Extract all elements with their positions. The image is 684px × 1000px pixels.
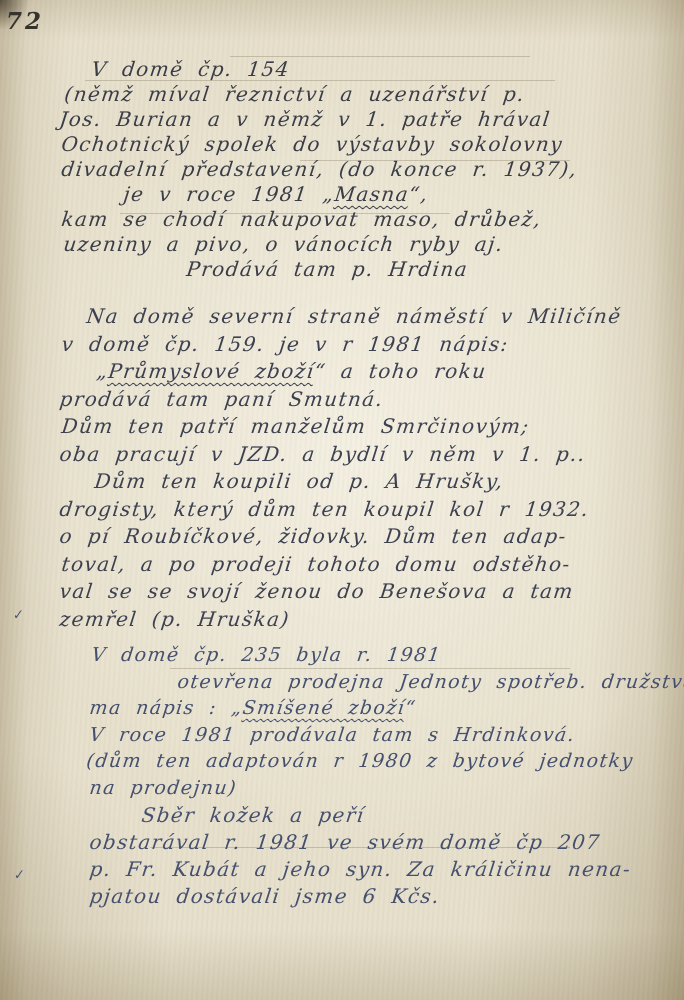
text-line: Dům ten patří manželům Smrčinovým; bbox=[60, 413, 623, 441]
text-line: je v roce 1981 „Masna“, bbox=[122, 182, 579, 207]
text-segment: “, bbox=[408, 182, 430, 206]
text-line: (němž míval řeznictví a uzenářství p. bbox=[63, 82, 579, 107]
text-segment: “ a toho roku bbox=[313, 359, 488, 383]
text-line: zemřel (p. Hruška) bbox=[58, 606, 623, 634]
page-number: 72 bbox=[6, 8, 44, 35]
text-line: V roce 1981 prodávala tam s Hrdinková. bbox=[88, 722, 684, 749]
text-line: Sběr kožek a peří bbox=[140, 802, 633, 829]
margin-checkmark: ✓ bbox=[14, 867, 25, 884]
text-line: uzeniny a pivo, o vánocích ryby aj. bbox=[62, 232, 579, 257]
text-line: otevřena prodejna Jednoty spotřeb. družs… bbox=[176, 669, 684, 696]
shop-name-masna: Masna bbox=[333, 182, 410, 206]
text-segment: “ bbox=[404, 697, 418, 719]
text-line: divadelní představení, (do konce r. 1937… bbox=[60, 157, 579, 182]
text-line: pjatou dostávali jsme 6 Kčs. bbox=[88, 883, 633, 910]
text-line: Prodává tam p. Hrdina bbox=[185, 257, 579, 282]
section-house-235: V domě čp. 235 byla r. 1981 otevřena pro… bbox=[88, 642, 684, 801]
text-line: p. Fr. Kubát a jeho syn. Za králičinu ne… bbox=[88, 856, 633, 883]
text-line: Ochotnický spolek do výstavby sokolovny bbox=[60, 132, 579, 157]
shop-name-prumyslove-zbozi: Průmyslové zboží bbox=[107, 359, 316, 383]
manuscript-page: 72 V domě čp. 154 (němž míval řeznictví … bbox=[0, 0, 684, 1000]
text-line: v domě čp. 159. je v r 1981 nápis: bbox=[60, 331, 623, 359]
text-line: (dům ten adaptován r 1980 z bytové jedno… bbox=[85, 748, 684, 775]
shop-name-smisene-zbozi: Smíšené zboží bbox=[241, 697, 406, 719]
text-line: V domě čp. 154 bbox=[90, 57, 579, 82]
text-line: Jos. Burian a v němž v 1. patře hrával bbox=[58, 107, 579, 132]
section-house-159: Na domě severní straně náměstí v Miličín… bbox=[58, 303, 620, 633]
text-segment: je v roce 1981 „ bbox=[122, 182, 336, 206]
text-line: o pí Roubíčkové, židovky. Dům ten adap- bbox=[58, 523, 623, 551]
text-line: obstarával r. 1981 ve svém domě čp 207 bbox=[88, 829, 633, 856]
text-line: prodává tam paní Smutná. bbox=[58, 386, 623, 414]
text-line: oba pracují v JZD. a bydlí v něm v 1. p.… bbox=[58, 441, 623, 469]
text-line: toval, a po prodeji tohoto domu odstěho- bbox=[60, 551, 623, 579]
section-house-154: V domě čp. 154 (němž míval řeznictví a u… bbox=[58, 57, 576, 282]
text-line: drogisty, který dům ten koupil kol r 193… bbox=[58, 496, 623, 524]
text-line: „Průmyslové zboží“ a toho roku bbox=[95, 358, 623, 386]
text-line: val se se svojí ženou do Benešova a tam bbox=[58, 578, 623, 606]
text-segment: ma nápis : „ bbox=[88, 697, 244, 719]
text-line: Na domě severní straně náměstí v Miličín… bbox=[85, 303, 623, 331]
text-line: na prodejnu) bbox=[88, 775, 684, 802]
text-line: kam se chodí nakupovat maso, drůbež, bbox=[60, 207, 579, 232]
text-line: V domě čp. 235 byla r. 1981 bbox=[90, 642, 684, 669]
text-line: ma nápis : „Smíšené zboží“ bbox=[88, 695, 684, 722]
text-line: Dům ten koupili od p. A Hrušky, bbox=[93, 468, 623, 496]
margin-checkmark: ✓ bbox=[13, 607, 24, 624]
section-sber-kozek: Sběr kožek a peří obstarával r. 1981 ve … bbox=[88, 802, 630, 910]
